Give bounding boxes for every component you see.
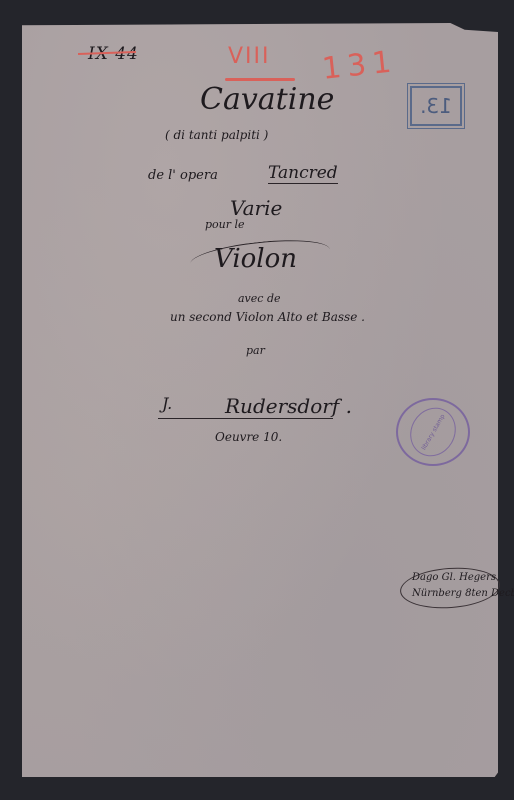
author-name: Rudersdorf . <box>225 394 352 418</box>
handwritten-note-line2: Nürnberg 8ten Decbr 1839 <box>412 588 514 599</box>
blue-number-stamp: 13. <box>410 86 462 126</box>
library-stamp-inner: library stamp <box>401 399 464 464</box>
opera-name: Tancred <box>268 163 338 184</box>
instrument: Violon <box>214 244 297 274</box>
opera-prefix: de l' opera <box>148 168 218 183</box>
library-stamp-icon: library stamp <box>396 398 470 466</box>
author-underline <box>158 418 333 419</box>
author-initial: J. <box>162 394 172 413</box>
handwritten-note-line1: Dago Gl. Hegers <box>412 572 496 583</box>
roman-shelfmark-underline <box>225 78 295 81</box>
varie-label: Varie <box>230 196 282 220</box>
subtitle: ( di tanti palpiti ) <box>165 128 268 142</box>
opus-number: Oeuvre 10. <box>215 430 282 444</box>
pour-le-label: pour le <box>205 218 245 231</box>
accompaniment: un second Violon Alto et Basse . <box>170 310 365 324</box>
title: Cavatine <box>200 82 334 117</box>
avec-label: avec de <box>238 292 281 305</box>
par-label: par <box>246 344 265 357</box>
roman-shelfmark: VIII <box>228 44 271 69</box>
